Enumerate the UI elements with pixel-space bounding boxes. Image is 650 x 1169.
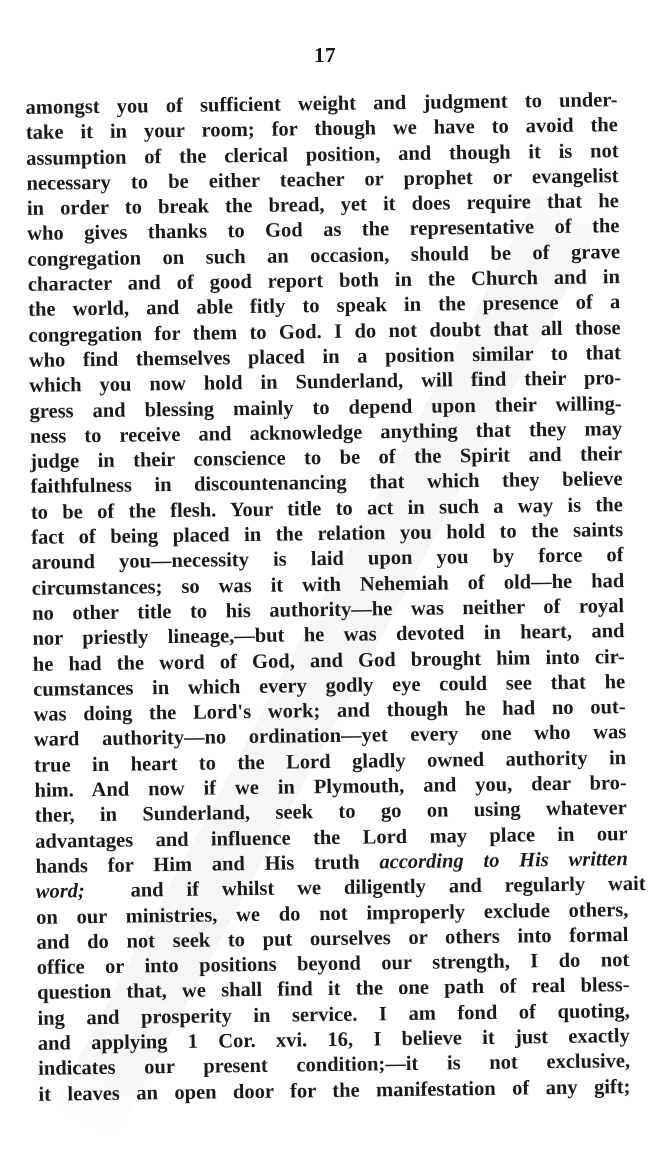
page-number: 17 xyxy=(0,43,650,68)
emphasis-text: according to His written xyxy=(379,848,628,873)
emphasis-text: word; xyxy=(36,880,85,903)
body-text: amongst you of sufficient weight and jud… xyxy=(25,88,630,1108)
scanned-page: 17 amongst you of sufficient weight and … xyxy=(0,0,650,1169)
text-segment: hands for Him and His truth xyxy=(35,851,379,878)
